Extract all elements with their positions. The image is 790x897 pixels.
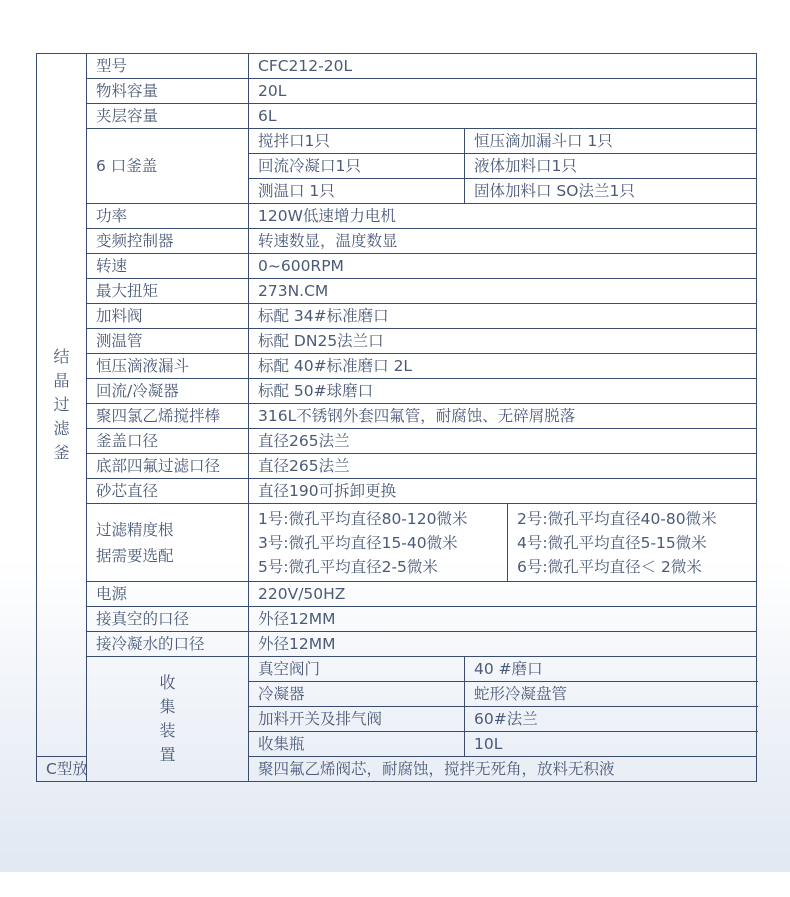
filter-option: 4号:微孔平均直径5-15微米: [517, 531, 756, 555]
lid-port: 回流冷凝口1只: [249, 154, 465, 179]
row-label: 接真空的口径: [87, 607, 249, 632]
row-value: 直径265法兰: [249, 454, 757, 479]
table-row: 转速 0~600RPM: [37, 254, 757, 279]
row-value: CFC212-20L: [249, 54, 757, 79]
row-value: 蛇形冷凝盘管: [465, 682, 757, 707]
row-value: 标配 40#标准磨口 2L: [249, 354, 757, 379]
table-row: 釜盖口径 直径265法兰: [37, 429, 757, 454]
row-label: 收集瓶: [249, 732, 465, 757]
row-label: 电源: [87, 582, 249, 607]
row-value: 外径12MM: [249, 632, 757, 657]
row-value: 60#法兰: [465, 707, 757, 732]
table-row: 收集装置 真空阀门 40 #磨口: [37, 657, 757, 682]
table-row: 夹层容量 6L: [37, 104, 757, 129]
table-row: 最大扭矩 273N.CM: [37, 279, 757, 304]
table-row: 结晶过滤釜 型号 CFC212-20L: [37, 54, 757, 79]
group-label-collector: 收集装置: [87, 657, 249, 782]
table-row: 功率 120W低速增力电机: [37, 204, 757, 229]
row-value: 标配 34#标准磨口: [249, 304, 757, 329]
row-value: 外径12MM: [249, 607, 757, 632]
row-label: 聚四氯乙烯搅拌棒: [87, 404, 249, 429]
row-value: 聚四氟乙烯阀芯，耐腐蚀，搅拌无死角，放料无积液: [249, 757, 757, 782]
table-row-filter: 过滤精度根 据需要选配 1号:微孔平均直径80-120微米 3号:微孔平均直径1…: [37, 504, 757, 582]
table-row: 底部四氟过滤口径 直径265法兰: [37, 454, 757, 479]
filter-options-left: 1号:微孔平均直径80-120微米 3号:微孔平均直径15-40微米 5号:微孔…: [249, 504, 508, 582]
row-value: 直径190可拆卸更换: [249, 479, 757, 504]
row-label: 夹层容量: [87, 104, 249, 129]
filter-option: 5号:微孔平均直径2-5微米: [258, 555, 507, 579]
row-label: 功率: [87, 204, 249, 229]
row-label: 冷凝器: [249, 682, 465, 707]
row-label: 加料开关及排气阀: [249, 707, 465, 732]
row-label: 加料阀: [87, 304, 249, 329]
lid-port: 测温口 1只: [249, 179, 465, 204]
filter-option: 6号:微孔平均直径＜ 2微米: [517, 555, 756, 579]
row-label: 回流/冷凝器: [87, 379, 249, 404]
filter-options-right: 2号:微孔平均直径40-80微米 4号:微孔平均直径5-15微米 6号:微孔平均…: [508, 504, 757, 582]
row-value: 直径265法兰: [249, 429, 757, 454]
row-value: 120W低速增力电机: [249, 204, 757, 229]
row-label: 测温管: [87, 329, 249, 354]
row-label: 接冷凝水的口径: [87, 632, 249, 657]
table-row: 接冷凝水的口径 外径12MM: [37, 632, 757, 657]
table-row: 测温管 标配 DN25法兰口: [37, 329, 757, 354]
row-label-filter: 过滤精度根 据需要选配: [87, 504, 249, 582]
row-value: 273N.CM: [249, 279, 757, 304]
row-label: 真空阀门: [249, 657, 465, 682]
spec-table: 结晶过滤釜 型号 CFC212-20L 物料容量 20L 夹层容量 6L 6 口…: [36, 53, 757, 782]
row-label: 变频控制器: [87, 229, 249, 254]
table-row: 物料容量 20L: [37, 79, 757, 104]
table-row: 6 口釜盖 搅拌口1只 恒压滴加漏斗口 1只: [37, 129, 757, 154]
row-value: 10L: [465, 732, 757, 757]
row-label: 恒压滴液漏斗: [87, 354, 249, 379]
row-value: 220V/50HZ: [249, 582, 757, 607]
table-row: 砂芯直径 直径190可拆卸更换: [37, 479, 757, 504]
row-value: 20L: [249, 79, 757, 104]
table-row: 加料阀 标配 34#标准磨口: [37, 304, 757, 329]
lid-port: 恒压滴加漏斗口 1只: [465, 129, 757, 154]
filter-label-line: 据需要选配: [96, 543, 248, 569]
table-row: 回流/冷凝器 标配 50#球磨口: [37, 379, 757, 404]
row-label: 底部四氟过滤口径: [87, 454, 249, 479]
row-label: 6 口釜盖: [87, 129, 249, 204]
row-label: 砂芯直径: [87, 479, 249, 504]
lid-port: 液体加料口1只: [465, 154, 757, 179]
row-value: 标配 DN25法兰口: [249, 329, 757, 354]
filter-option: 1号:微孔平均直径80-120微米: [258, 507, 507, 531]
row-value: 0~600RPM: [249, 254, 757, 279]
row-label: 物料容量: [87, 79, 249, 104]
row-value: 标配 50#球磨口: [249, 379, 757, 404]
table-row: 接真空的口径 外径12MM: [37, 607, 757, 632]
group-label-crystal-filter: 结晶过滤釜: [37, 54, 87, 757]
row-label: C型放料阀: [37, 757, 87, 782]
filter-option: 2号:微孔平均直径40-80微米: [517, 507, 756, 531]
lid-port: 固体加料口 SO法兰1只: [465, 179, 757, 204]
filter-option: 3号:微孔平均直径15-40微米: [258, 531, 507, 555]
table-row: 聚四氯乙烯搅拌棒 316L不锈钢外套四氟管，耐腐蚀、无碎屑脱落: [37, 404, 757, 429]
row-label: 转速: [87, 254, 249, 279]
row-value: 转速数显，温度数显: [249, 229, 757, 254]
row-label: 最大扭矩: [87, 279, 249, 304]
row-value: 40 #磨口: [465, 657, 757, 682]
row-label: 釜盖口径: [87, 429, 249, 454]
row-value: 6L: [249, 104, 757, 129]
table-row: 电源 220V/50HZ: [37, 582, 757, 607]
table-row: 变频控制器 转速数显，温度数显: [37, 229, 757, 254]
row-label: 型号: [87, 54, 249, 79]
table-row: 恒压滴液漏斗 标配 40#标准磨口 2L: [37, 354, 757, 379]
lid-port: 搅拌口1只: [249, 129, 465, 154]
row-value: 316L不锈钢外套四氟管，耐腐蚀、无碎屑脱落: [249, 404, 757, 429]
filter-label-line: 过滤精度根: [96, 517, 248, 543]
